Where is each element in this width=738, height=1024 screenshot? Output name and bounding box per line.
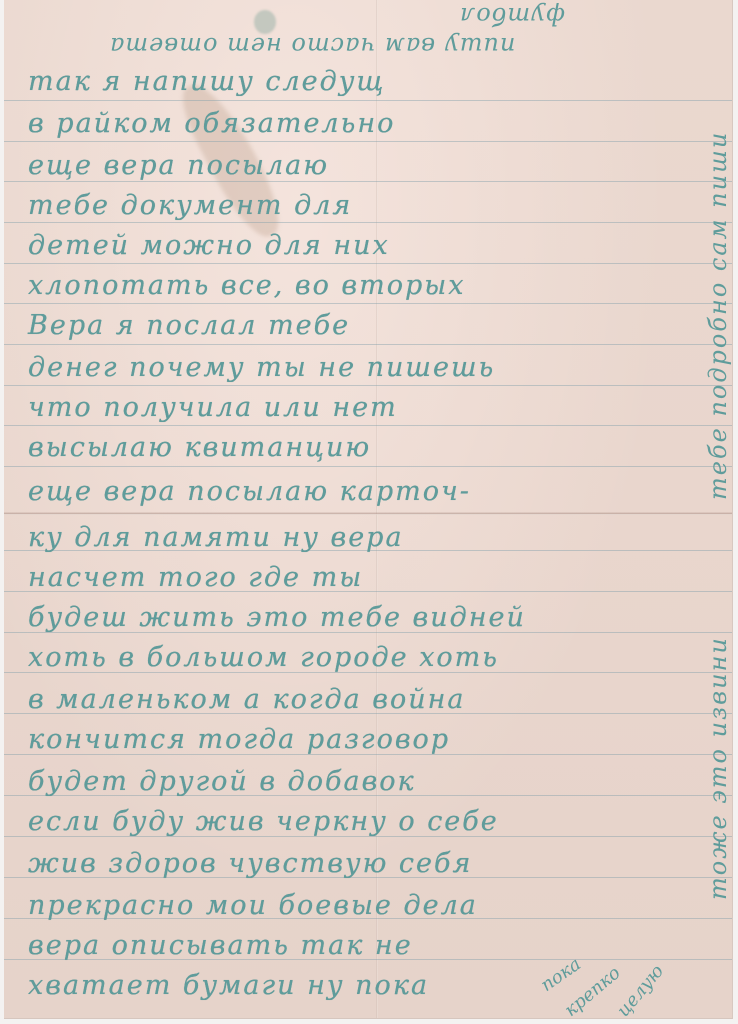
upside-down-header-line: пишу вам часто нет ответа xyxy=(109,32,515,60)
horizontal-fold xyxy=(4,512,732,515)
letter-line: будеш жить это тебе видней xyxy=(28,602,526,633)
margin-note-lower: тоже это извини xyxy=(704,636,732,900)
letter-line: ку для памяти ну вера xyxy=(28,522,404,553)
ruled-line xyxy=(4,263,732,264)
letter-line: прекрасно мои боевые дела xyxy=(28,890,478,921)
letter-line: тебе документ для xyxy=(28,190,352,221)
ruled-line xyxy=(4,425,732,426)
letter-line: денег почему ты не пишешь xyxy=(28,352,495,383)
letter-line: еще вера посылаю xyxy=(28,150,329,181)
letter-line: Вера я послал тебе xyxy=(28,310,350,341)
ruled-line xyxy=(4,344,732,345)
letter-line: жив здоров чувствую себя xyxy=(28,848,472,879)
ruled-line xyxy=(4,100,732,101)
letter-line: хлопотать все, во вторых xyxy=(28,270,466,301)
letter-line: вера описывать так не xyxy=(28,930,413,961)
letter-line: еще вера посылаю карточ- xyxy=(28,476,471,507)
margin-note-upper: тебе подробно сам пиши xyxy=(704,131,732,500)
ruled-line xyxy=(4,181,732,182)
letter-line: если буду жив черкну о себе xyxy=(28,806,499,837)
ruled-line xyxy=(4,141,732,142)
letter-line: будет другой в добавок xyxy=(28,766,416,797)
letter-line: хватает бумаги ну пока xyxy=(28,970,429,1001)
upside-down-header-line: футбол xyxy=(459,2,565,30)
letter-line: в райком обязательно xyxy=(28,108,395,139)
letter-line: насчет того где ты xyxy=(28,562,363,593)
letter-sheet: футбол пишу вам часто нет ответа так я н… xyxy=(4,0,733,1019)
letter-line: высылаю квитанцию xyxy=(28,432,371,463)
ruled-line xyxy=(4,303,732,304)
letter-line: в маленьком а когда война xyxy=(28,684,466,715)
letter-line: что получила или нет xyxy=(28,392,398,423)
letter-line: детей можно для них xyxy=(28,230,390,261)
letter-line: хоть в большом городе хоть xyxy=(28,642,499,673)
ruled-line xyxy=(4,385,732,386)
signoff-word: целую xyxy=(613,961,668,1019)
ink-blot xyxy=(254,10,276,34)
letter-line: кончится тогда разговор xyxy=(28,724,450,755)
ruled-line xyxy=(4,222,732,223)
letter-line: так я напишу следущ xyxy=(28,66,385,97)
ruled-line xyxy=(4,466,732,467)
